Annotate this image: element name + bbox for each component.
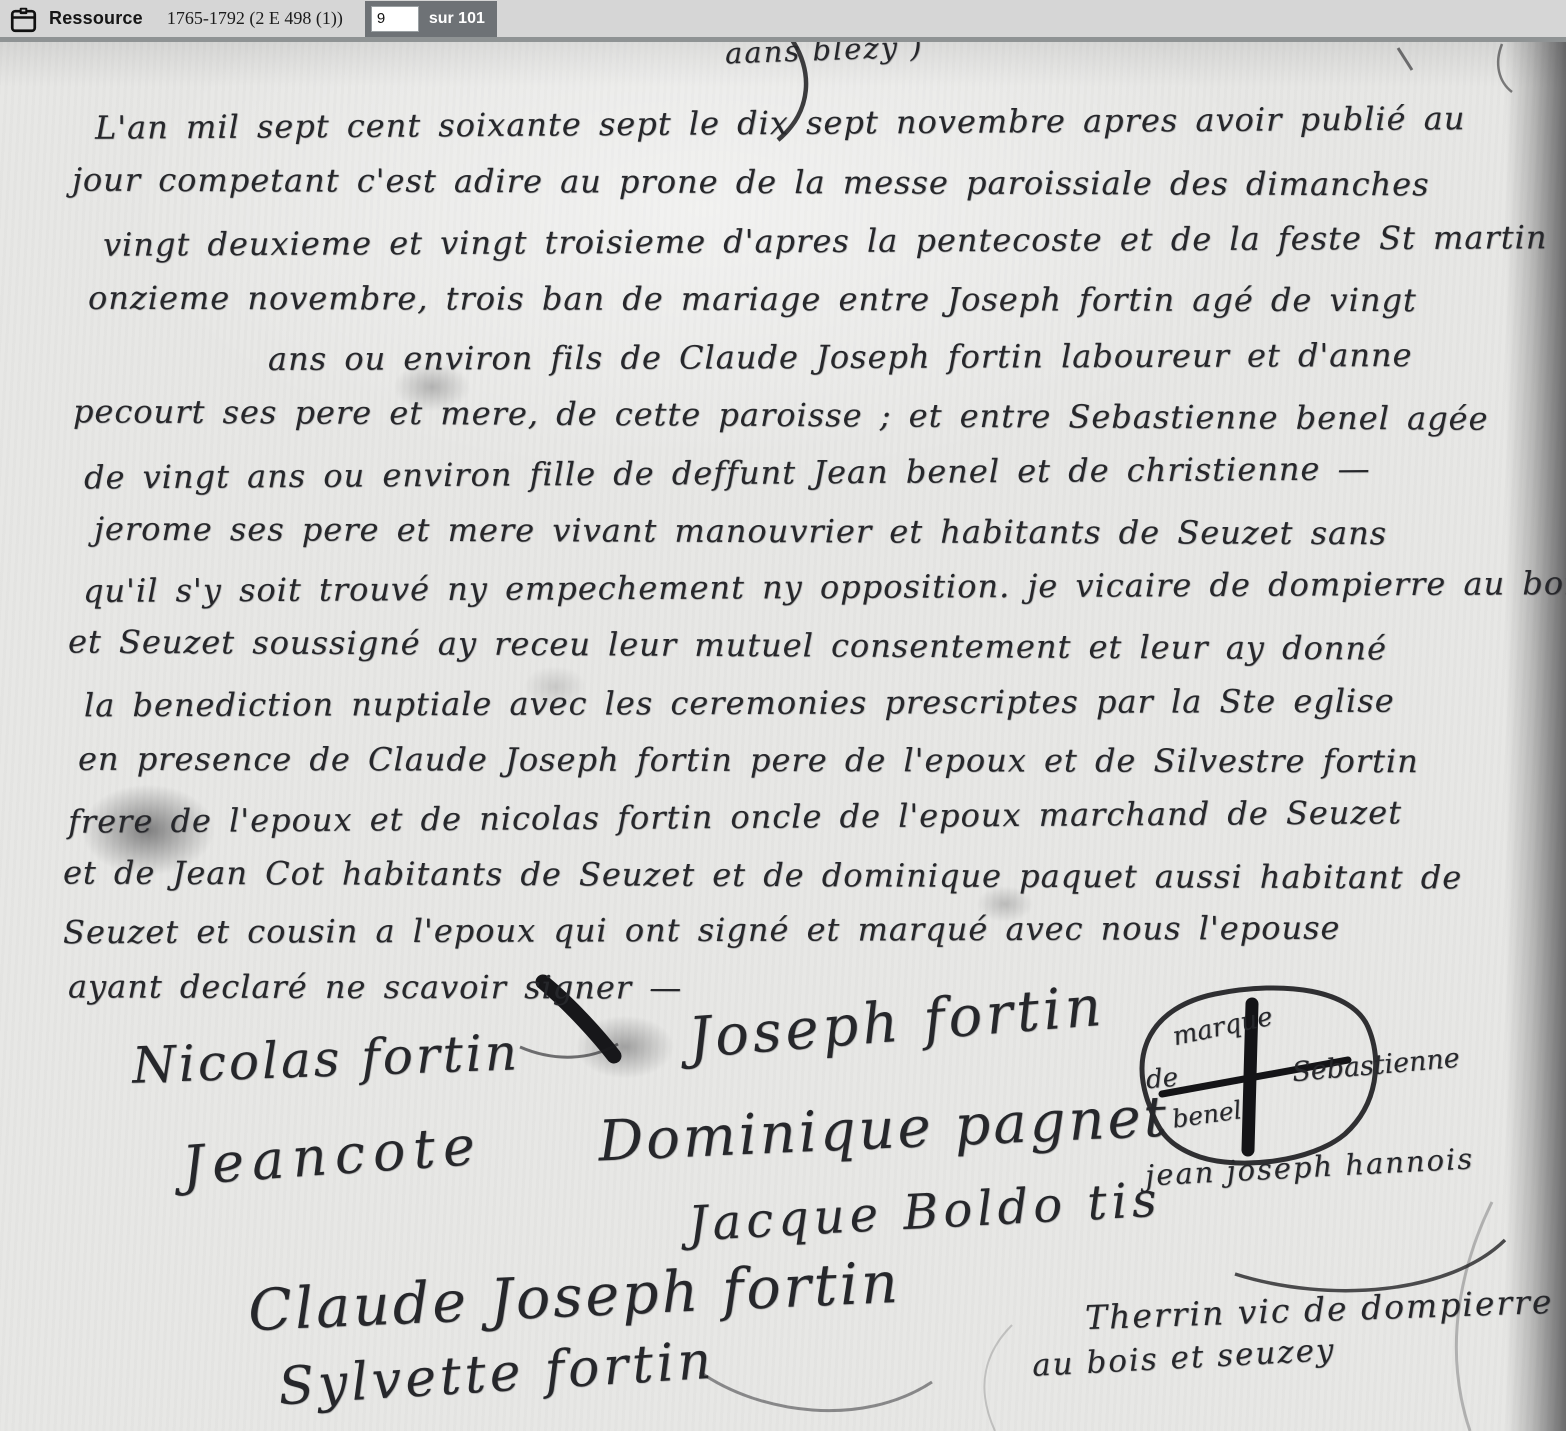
signature-jean-joseph-hannois: jean joseph hannois [1144, 1141, 1475, 1192]
manuscript-line: onzieme novembre, trois ban de mariage e… [88, 279, 1417, 319]
page-number-input[interactable] [371, 6, 419, 32]
signature-joseph-fortin: Joseph fortin [686, 974, 1107, 1072]
manuscript-line: de vingt ans ou environ fille de deffunt… [84, 450, 1371, 497]
manuscript-line: vingt deuxieme et vingt troisieme d'apre… [103, 218, 1548, 264]
manuscript-line: ans ou environ fils de Claude Joseph for… [268, 336, 1413, 378]
signature-therrin-vicaire-line1: Therrin vic de dompierre [1084, 1282, 1554, 1337]
signature-nicolas-fortin: Nicolas fortin [131, 1023, 521, 1095]
page-total-label: sur 101 [429, 10, 485, 28]
resource-label: Ressource [49, 8, 143, 29]
bride-mark-word-bottom: benel [1170, 1095, 1243, 1133]
manuscript-line: et de Jean Cot habitants de Seuzet et de… [63, 854, 1462, 897]
manuscript-scan-viewport[interactable]: aans blezy ) L'an mil sept cent soixante… [0, 42, 1566, 1431]
signature-therrin-vicaire-line2: au bois et seuzey [1031, 1332, 1336, 1384]
resource-title: 1765-1792 (2 E 498 (1)) [167, 8, 343, 29]
manuscript-line: pecourt ses pere et mere, de cette paroi… [73, 392, 1489, 437]
viewer-toolbar: Ressource 1765-1792 (2 E 498 (1)) sur 10… [0, 0, 1566, 42]
bride-mark-word-top: marque [1170, 1002, 1275, 1052]
manuscript-line: en presence de Claude Joseph fortin pere… [78, 740, 1419, 780]
manuscript-line: la benediction nuptiale avec les ceremon… [84, 682, 1395, 725]
signature-claude-joseph-fortin: Claude Joseph fortin [247, 1250, 902, 1344]
signature-jacque-boldo: Jacque Boldo tis [687, 1172, 1163, 1253]
manuscript-line: jerome ses pere et mere vivant manouvrie… [94, 510, 1387, 553]
manuscript-line: qu'il s'y soit trouvé ny empechement ny … [83, 564, 1566, 610]
bride-mark-name-beside: Sebastienne [1291, 1043, 1461, 1089]
archive-box-icon [10, 6, 37, 33]
page-navigator: sur 101 [365, 1, 497, 37]
signature-dominique-pagnet: Dominique pagnet [597, 1085, 1171, 1175]
signature-sylvette-fortin: Sylvette fortin [277, 1331, 717, 1418]
manuscript-line: et Seuzet soussigné ay receu leur mutuel… [68, 623, 1387, 668]
manuscript-line: jour competant c'est adire au prone de l… [72, 161, 1430, 204]
manuscript-line: frere de l'epoux et de nicolas fortin on… [68, 793, 1402, 840]
signature-jean-cote: Jeancote [180, 1114, 485, 1198]
manuscript-line: L'an mil sept cent soixante sept le dix … [95, 99, 1466, 147]
manuscript-line: ayant declaré ne scavoir signer — [68, 967, 682, 1006]
bride-mark-word-left: de [1145, 1063, 1180, 1096]
top-annotation: aans blezy ) [724, 42, 924, 70]
manuscript-line: Seuzet et cousin a l'epoux qui ont signé… [63, 909, 1341, 951]
